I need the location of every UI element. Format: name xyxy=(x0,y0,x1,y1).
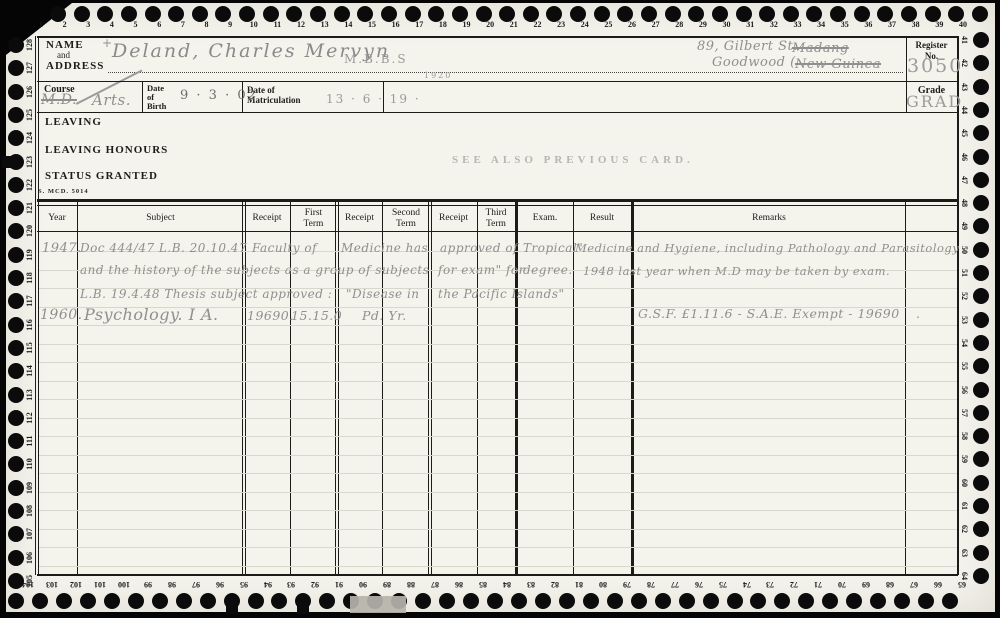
edge-number: 23 xyxy=(551,20,571,30)
edge-number: 14 xyxy=(338,20,358,30)
edge-number: 52 xyxy=(959,286,969,306)
handwritten-entry: 89, Gilbert St. xyxy=(697,39,798,54)
edge-number: 70 xyxy=(832,579,852,589)
edge-number: 7 xyxy=(173,20,193,30)
edge-number: 111 xyxy=(25,431,35,451)
punch-hole xyxy=(8,37,24,53)
form-vline xyxy=(631,200,634,575)
edge-number: 76 xyxy=(689,579,709,589)
punch-hole xyxy=(679,593,695,609)
punch-hole xyxy=(973,335,989,351)
leaving-honours-label: LEAVING HONOURS xyxy=(45,144,168,156)
edge-number: 4 xyxy=(102,20,122,30)
edge-number: 31 xyxy=(740,20,760,30)
edge-number: 56 xyxy=(959,380,969,400)
column-header xyxy=(905,206,957,231)
handwritten-entry: M.B.B.S xyxy=(344,52,408,66)
edge-number: 121 xyxy=(25,198,35,218)
punch-hole xyxy=(8,593,24,609)
punch-hole xyxy=(8,503,24,519)
punch-hole xyxy=(583,593,599,609)
handwritten-entry: + xyxy=(102,36,113,50)
punch-hole xyxy=(973,405,989,421)
edge-notch xyxy=(2,156,17,168)
edge-number: 108 xyxy=(25,501,35,521)
edge-number: 122 xyxy=(25,175,35,195)
punch-hole xyxy=(973,79,989,95)
edge-number: 35 xyxy=(835,20,855,30)
name-dotted-line xyxy=(108,71,903,73)
edge-number: 117 xyxy=(25,291,35,311)
punch-hole xyxy=(973,428,989,444)
punch-hole xyxy=(973,568,989,584)
status-granted-label: STATUS GRANTED xyxy=(45,170,158,182)
edge-number: 53 xyxy=(959,310,969,330)
handwritten-entry: 13 · 6 · 19 · xyxy=(326,92,421,106)
edge-number: 103 xyxy=(42,579,62,589)
punch-card-scan: NAME and ADDRESS Register No. Course Dat… xyxy=(0,0,1000,618)
edge-number: 74 xyxy=(737,579,757,589)
edge-number: 109 xyxy=(25,478,35,498)
column-header: Receipt xyxy=(337,206,382,231)
edge-number: 16 xyxy=(386,20,406,30)
edge-number: 81 xyxy=(569,579,589,589)
edge-number: 62 xyxy=(959,519,969,539)
handwritten-entry: Faculty of xyxy=(252,241,317,255)
edge-number: 69 xyxy=(856,579,876,589)
edge-number: 98 xyxy=(162,579,182,589)
punch-hole xyxy=(8,270,24,286)
ruled-line xyxy=(39,492,957,493)
ruled-line xyxy=(39,362,957,363)
punch-hole xyxy=(973,149,989,165)
edge-number: 71 xyxy=(808,579,828,589)
edge-number: 97 xyxy=(186,579,206,589)
form-hline xyxy=(37,199,958,202)
edge-number: 24 xyxy=(575,20,595,30)
punch-hole xyxy=(973,32,989,48)
edge-number: 89 xyxy=(377,579,397,589)
edge-number: 75 xyxy=(713,579,733,589)
handwritten-entry: degree. xyxy=(523,263,573,277)
edge-number: 93 xyxy=(281,579,301,589)
column-header: Receipt xyxy=(430,206,477,231)
edge-number: 115 xyxy=(25,338,35,358)
edge-number: 47 xyxy=(959,170,969,190)
handwritten-entry: Pd. Yr. xyxy=(362,308,407,323)
edge-number: 127 xyxy=(25,58,35,78)
edge-number: 21 xyxy=(504,20,524,30)
punch-hole xyxy=(973,312,989,328)
punch-hole xyxy=(535,593,551,609)
form-vline xyxy=(431,200,432,575)
edge-number: 85 xyxy=(473,579,493,589)
edge-number: 42 xyxy=(959,53,969,73)
edge-number: 67 xyxy=(904,579,924,589)
punch-hole xyxy=(8,550,24,566)
form-vline xyxy=(142,82,143,112)
edge-number: 73 xyxy=(760,579,780,589)
handwritten-entry: 19690. xyxy=(247,308,294,323)
form-vline xyxy=(245,200,246,575)
edge-number: 44 xyxy=(959,100,969,120)
edge-number: 17 xyxy=(409,20,429,30)
ruled-line xyxy=(39,455,957,456)
handwritten-entry: for exam" for xyxy=(438,263,525,277)
edge-number: 11 xyxy=(267,20,287,30)
handwritten-entry: Madang xyxy=(792,41,849,56)
edge-number: 22 xyxy=(527,20,547,30)
edge-number: 102 xyxy=(66,579,86,589)
edge-number: 50 xyxy=(959,240,969,260)
edge-number: 59 xyxy=(959,449,969,469)
edge-number: 12 xyxy=(291,20,311,30)
see-also-previous-card-stamp: SEE ALSO PREVIOUS CARD. xyxy=(452,154,694,166)
edge-notch xyxy=(226,598,238,614)
punch-hole xyxy=(973,102,989,118)
handwritten-entry: approved of xyxy=(440,241,518,255)
edge-number: 83 xyxy=(521,579,541,589)
edge-number: 112 xyxy=(25,408,35,428)
form-vline xyxy=(335,200,336,575)
form-vline xyxy=(477,200,478,575)
punch-hole xyxy=(942,593,958,609)
punch-hole xyxy=(487,593,503,609)
edge-number: 61 xyxy=(959,496,969,516)
punch-hole xyxy=(463,593,479,609)
edge-number: 92 xyxy=(305,579,325,589)
form-vline xyxy=(290,200,291,575)
edge-number: 107 xyxy=(25,524,35,544)
edge-number: 26 xyxy=(622,20,642,30)
edge-number: 120 xyxy=(25,221,35,241)
edge-number: 91 xyxy=(329,579,349,589)
edge-number: 86 xyxy=(449,579,469,589)
punch-hole xyxy=(8,433,24,449)
punch-hole xyxy=(152,593,168,609)
handwritten-entry: "Disease in xyxy=(346,287,420,301)
handwritten-entry: 1920 xyxy=(424,71,452,80)
edge-number: 77 xyxy=(665,579,685,589)
punch-hole xyxy=(8,340,24,356)
punch-hole xyxy=(8,177,24,193)
punch-hole xyxy=(973,195,989,211)
edge-number: 110 xyxy=(25,454,35,474)
edge-number: 66 xyxy=(928,579,948,589)
edge-number: 34 xyxy=(811,20,831,30)
ruled-line xyxy=(39,510,957,511)
form-vline xyxy=(338,200,339,575)
edge-number: 48 xyxy=(959,193,969,213)
form-hline xyxy=(37,231,958,232)
form-hline xyxy=(37,36,958,38)
punch-hole xyxy=(8,410,24,426)
edge-number: 68 xyxy=(880,579,900,589)
date-of-birth-label: Date of Birth xyxy=(147,84,166,111)
handwritten-entry: 9 · 3 · 02 xyxy=(180,88,258,103)
form-vline xyxy=(382,200,383,575)
edge-number: 2 xyxy=(55,20,75,30)
handwritten-entry: the Pacific Islands" xyxy=(438,287,565,301)
column-header: Remarks xyxy=(633,206,905,231)
column-header: Exam. xyxy=(517,206,573,231)
edge-number: 5 xyxy=(126,20,146,30)
edge-number: 118 xyxy=(25,268,35,288)
edge-number: 8 xyxy=(196,20,216,30)
column-header: Receipt xyxy=(244,206,290,231)
punch-hole xyxy=(607,593,623,609)
ruled-line xyxy=(39,399,957,400)
punch-hole xyxy=(8,84,24,100)
punch-hole xyxy=(200,593,216,609)
edge-number: 105 xyxy=(25,571,35,591)
punch-hole xyxy=(32,593,48,609)
handwritten-entry: New Guinea xyxy=(795,57,881,72)
edge-number: 100 xyxy=(114,579,134,589)
punch-hole xyxy=(973,475,989,491)
edge-number: 95 xyxy=(234,579,254,589)
punch-hole xyxy=(8,247,24,263)
edge-number: 88 xyxy=(401,579,421,589)
edge-number: 40 xyxy=(953,20,973,30)
edge-number: 9 xyxy=(220,20,240,30)
edge-number: 37 xyxy=(882,20,902,30)
edge-number: 119 xyxy=(25,245,35,265)
punch-hole xyxy=(104,593,120,609)
punch-hole xyxy=(8,317,24,333)
edge-number: 124 xyxy=(25,128,35,148)
form-code: S. MCD. 5014 xyxy=(38,188,89,195)
edge-number: 20 xyxy=(480,20,500,30)
form-vline xyxy=(428,200,429,575)
punch-hole xyxy=(973,172,989,188)
punch-hole xyxy=(972,6,988,22)
edge-number: 46 xyxy=(959,147,969,167)
edge-number: 18 xyxy=(433,20,453,30)
edge-number: 128 xyxy=(25,35,35,55)
edge-number: 113 xyxy=(25,385,35,405)
edge-number: 3 xyxy=(78,20,98,30)
punch-hole xyxy=(727,593,743,609)
handwritten-entry: and the history of the subjects as a gro… xyxy=(80,263,429,277)
handwritten-entry: 1960. xyxy=(40,307,83,323)
punch-hole xyxy=(973,545,989,561)
column-header: First Term xyxy=(290,206,337,231)
edge-number: 94 xyxy=(258,579,278,589)
edge-number: 36 xyxy=(858,20,878,30)
ruled-line xyxy=(39,529,957,530)
edge-number: 114 xyxy=(25,361,35,381)
edge-number: 55 xyxy=(959,356,969,376)
handwritten-entry: 1948 last year when M.D may be taken by … xyxy=(583,264,890,278)
ruled-line xyxy=(39,566,957,567)
address-label: ADDRESS xyxy=(46,60,104,72)
edge-number: 79 xyxy=(617,579,637,589)
edge-number: 72 xyxy=(784,579,804,589)
edge-number: 82 xyxy=(545,579,565,589)
form-vline xyxy=(35,36,36,575)
handwritten-entry: 1947. xyxy=(42,241,82,256)
punch-hole xyxy=(559,593,575,609)
form-hline xyxy=(37,112,958,113)
column-header: Second Term xyxy=(382,206,430,231)
punch-hole xyxy=(8,387,24,403)
handwritten-entry: G.S.F. £1.11.6 - S.A.E. Exempt - 19690 xyxy=(638,306,900,321)
edge-number: 96 xyxy=(210,579,230,589)
edge-number: 25 xyxy=(598,20,618,30)
punch-hole xyxy=(973,498,989,514)
edge-number: 6 xyxy=(149,20,169,30)
and-label: and xyxy=(57,50,70,60)
edge-number: 99 xyxy=(138,579,158,589)
punch-hole xyxy=(511,593,527,609)
punch-hole xyxy=(56,593,72,609)
handwritten-entry: 15.15.0 xyxy=(291,308,342,323)
edge-number: 106 xyxy=(25,548,35,568)
form-vline xyxy=(242,200,243,575)
form-vline xyxy=(515,200,518,575)
edge-number: 60 xyxy=(959,473,969,493)
handwritten-entry: . xyxy=(916,306,920,321)
punch-hole xyxy=(655,593,671,609)
punch-hole xyxy=(631,593,647,609)
edge-number: 38 xyxy=(906,20,926,30)
form-vline xyxy=(905,200,906,575)
edge-number: 39 xyxy=(929,20,949,30)
edge-number: 84 xyxy=(497,579,517,589)
edge-number: 33 xyxy=(787,20,807,30)
edge-number: 57 xyxy=(959,403,969,423)
edge-number: 32 xyxy=(764,20,784,30)
punch-hole xyxy=(80,593,96,609)
punch-hole xyxy=(128,593,144,609)
edge-number: 30 xyxy=(717,20,737,30)
edge-number: 63 xyxy=(959,543,969,563)
punch-hole xyxy=(8,200,24,216)
edge-number: 49 xyxy=(959,216,969,236)
tape-smudge xyxy=(350,596,406,613)
form-vline xyxy=(77,200,78,575)
ruled-line xyxy=(39,418,957,419)
edge-number: 41 xyxy=(959,30,969,50)
ruled-line xyxy=(39,325,957,326)
edge-notch xyxy=(297,598,309,614)
punch-hole xyxy=(248,593,264,609)
punch-hole xyxy=(703,593,719,609)
edge-number: 90 xyxy=(353,579,373,589)
edge-number: 19 xyxy=(457,20,477,30)
edge-number: 126 xyxy=(25,82,35,102)
edge-number: 43 xyxy=(959,77,969,97)
edge-number: 54 xyxy=(959,333,969,353)
edge-number: 123 xyxy=(25,152,35,172)
edge-number: 45 xyxy=(959,123,969,143)
handwritten-entry: 3050 xyxy=(907,55,963,77)
edge-number: 1 xyxy=(31,20,51,30)
edge-number: 51 xyxy=(959,263,969,283)
handwritten-entry: M.D. xyxy=(41,92,77,108)
edge-number: 15 xyxy=(362,20,382,30)
punch-hole xyxy=(973,265,989,281)
ruled-line xyxy=(39,344,957,345)
ruled-line xyxy=(39,436,957,437)
handwritten-entry: Doc 444/47 L.B. 20.10.47 xyxy=(80,241,247,255)
punch-hole xyxy=(973,242,989,258)
edge-number: 65 xyxy=(952,579,972,589)
ruled-line xyxy=(39,473,957,474)
punch-hole xyxy=(8,107,24,123)
edge-number: 27 xyxy=(646,20,666,30)
punch-hole xyxy=(176,593,192,609)
handwritten-entry: Psychology. I A. xyxy=(84,305,219,324)
column-header: Third Term xyxy=(477,206,515,231)
handwritten-entry: L.B. 19.4.48 Thesis subject approved : xyxy=(80,287,332,301)
leaving-label: LEAVING xyxy=(45,116,102,128)
column-header: Result xyxy=(573,206,631,231)
edge-number: 87 xyxy=(425,579,445,589)
edge-number: 28 xyxy=(669,20,689,30)
form-vline xyxy=(573,200,574,575)
edge-number: 58 xyxy=(959,426,969,446)
handwritten-entry: Medicine has xyxy=(341,241,428,255)
edge-number: 10 xyxy=(244,20,264,30)
punch-hole xyxy=(8,480,24,496)
handwritten-entry: GRAD xyxy=(906,92,963,111)
handwritten-entry: Medicine and Hygiene, including Patholog… xyxy=(575,241,959,255)
edge-number: 116 xyxy=(25,315,35,335)
handwritten-entry: Arts. xyxy=(92,91,131,109)
punch-hole xyxy=(8,573,24,589)
edge-number: 80 xyxy=(593,579,613,589)
punch-hole xyxy=(439,593,455,609)
column-header: Year xyxy=(37,206,77,231)
punch-hole xyxy=(918,593,934,609)
form-hline xyxy=(37,574,958,576)
ruled-line xyxy=(39,381,957,382)
form-vline xyxy=(38,36,39,575)
edge-number: 78 xyxy=(641,579,661,589)
handwritten-entry: Goodwood ( xyxy=(712,55,796,70)
punch-hole xyxy=(973,382,989,398)
edge-number: 13 xyxy=(315,20,335,30)
ruled-line xyxy=(39,547,957,548)
form-hline xyxy=(37,81,958,82)
column-header: Subject xyxy=(77,206,244,231)
edge-number: 29 xyxy=(693,20,713,30)
edge-number: 125 xyxy=(25,105,35,125)
edge-number: 101 xyxy=(90,579,110,589)
